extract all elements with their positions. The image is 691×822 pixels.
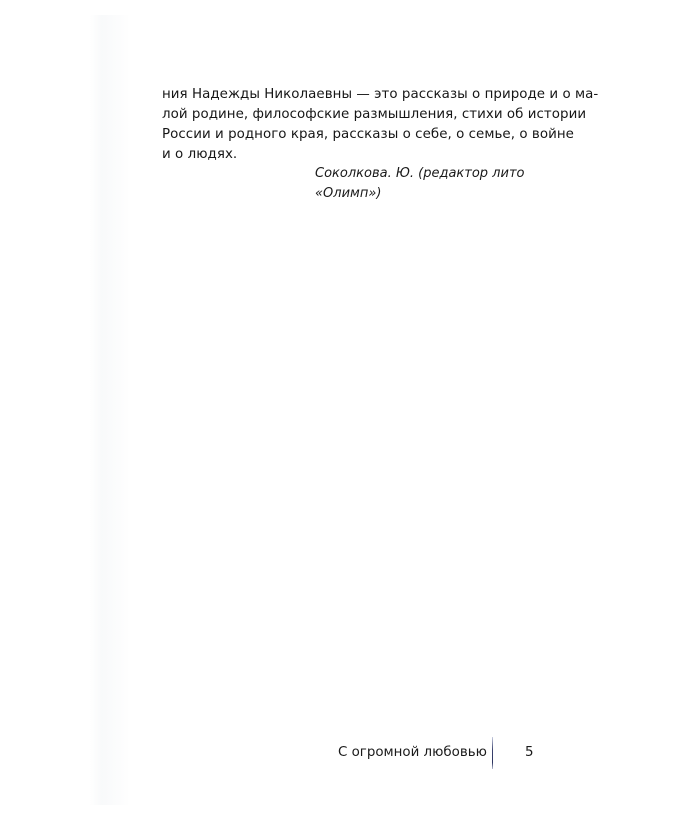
running-footer-title: С огромной любовью xyxy=(338,744,487,762)
body-line: лой родине, философские размышления, сти… xyxy=(162,105,543,125)
body-line: России и родного края, рассказы о себе, … xyxy=(162,125,543,145)
editor-signature: Соколкова. Ю. (редактор лито «Олимп») xyxy=(315,164,555,204)
body-line: и о людях. xyxy=(162,145,543,165)
footer-divider xyxy=(492,737,493,769)
signature-line-1: Соколкова. Ю. (редактор лито xyxy=(315,164,555,184)
page-edge-shading xyxy=(90,15,130,805)
page-number: 5 xyxy=(525,744,534,762)
body-line: ния Надежды Николаевны — это рассказы о … xyxy=(162,85,543,105)
body-paragraph: ния Надежды Николаевны — это рассказы о … xyxy=(162,85,543,165)
signature-line-2: «Олимп») xyxy=(315,184,555,204)
